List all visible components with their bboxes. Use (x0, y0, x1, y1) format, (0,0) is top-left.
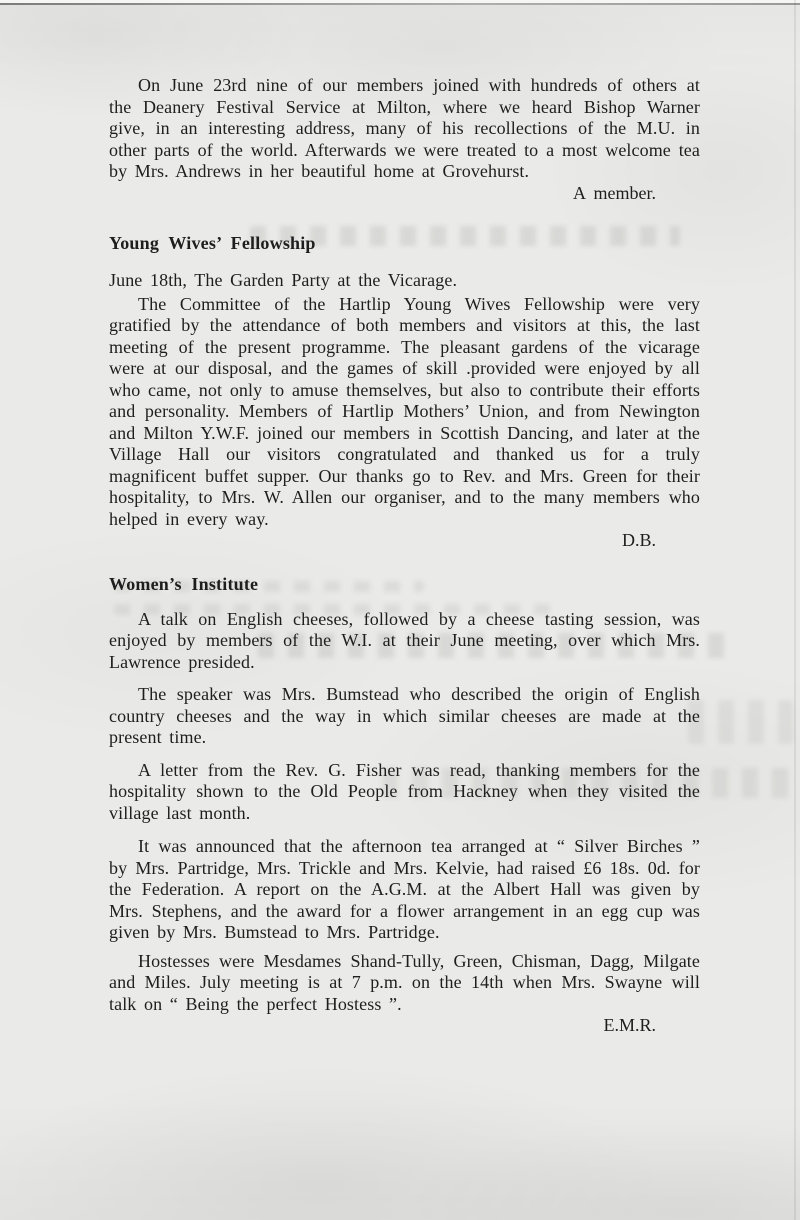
paragraph-cheese-talk: A talk on English cheeses, followed by a… (109, 609, 700, 674)
signature-emr: E.M.R. (109, 1015, 700, 1037)
paragraph-garden-party-date: June 18th, The Garden Party at the Vicar… (109, 270, 700, 292)
signature-a-member: A member. (109, 183, 700, 205)
paragraph-deanery-festival: On June 23rd nine of our members joined … (109, 75, 700, 183)
page-content: On June 23rd nine of our members joined … (109, 68, 700, 1037)
signature-db: D.B. (109, 530, 700, 552)
heading-young-wives-fellowship: Young Wives’ Fellowship (109, 232, 700, 254)
showthrough-band-5 (688, 700, 793, 744)
paragraph-letter: A letter from the Rev. G. Fisher was rea… (109, 760, 700, 825)
paragraph-hostesses: Hostesses were Mesdames Shand-Tully, Gre… (109, 951, 700, 1016)
scan-edge-top-line (0, 3, 800, 5)
paragraph-speaker: The speaker was Mrs. Bumstead who descri… (109, 684, 700, 749)
paragraph-committee: The Committee of the Hartlip Young Wives… (109, 294, 700, 531)
scanned-page: On June 23rd nine of our members joined … (0, 0, 800, 1220)
paragraph-afternoon-tea: It was announced that the afternoon tea … (109, 836, 700, 944)
scan-edge-right-line (794, 0, 796, 1220)
heading-womens-institute: Women’s Institute (109, 573, 700, 595)
